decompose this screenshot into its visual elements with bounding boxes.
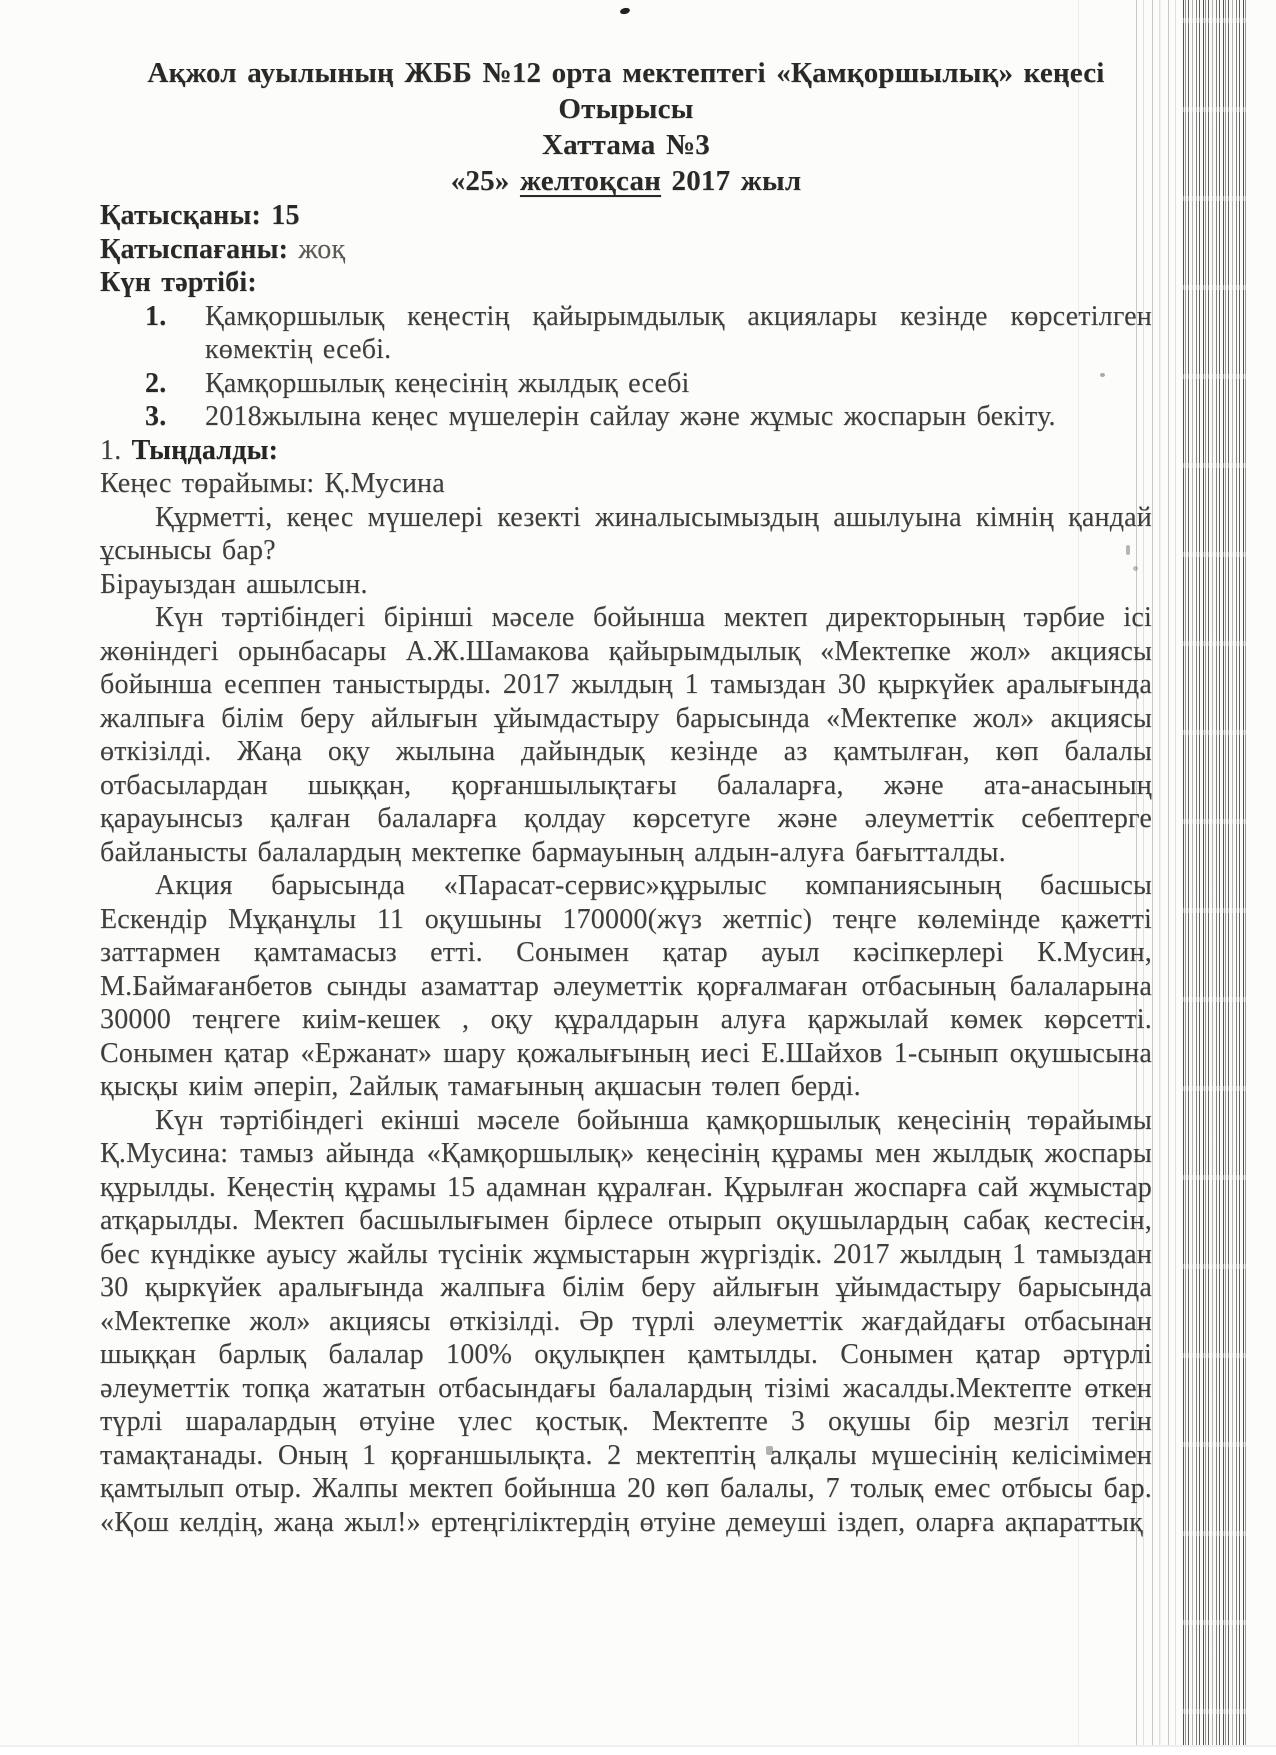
- scan-fold-line: [1160, 0, 1161, 1755]
- ink-dot-artifact: [619, 7, 630, 15]
- agenda-item-text: Қамқоршылық кеңесінің жылдық есебі: [205, 368, 690, 399]
- title-line-session: Отырысы: [100, 91, 1152, 127]
- date-prefix: «25»: [451, 165, 520, 197]
- agenda-item-number: 1.: [145, 300, 166, 334]
- title-line-protocol-number: Хаттама №3: [100, 127, 1152, 163]
- agenda-item: 1.Қамқоршылық кеңестің қайырымдылық акци…: [100, 300, 1152, 367]
- attendance-absent-label: Қатыспағаны:: [100, 234, 288, 265]
- document-body: Ақжол ауылының ЖББ №12 орта мектептегі «…: [100, 55, 1152, 1539]
- heard-number: 1.: [100, 435, 121, 466]
- paragraph-sponsors-report: Акция барысында «Парасат-сервис»құрылыс …: [100, 869, 1152, 1104]
- agenda-item-text: 2018жылына кеңес мүшелерін сайлау және ж…: [205, 401, 1056, 432]
- agenda-heading: Күн тәртібі:: [100, 266, 1152, 300]
- attendance-present-value: 15: [271, 200, 299, 231]
- attendance-absent-value: жоқ: [298, 234, 345, 265]
- paragraph-opening-question: Құрметті, кеңес мүшелері кезекті жиналыс…: [100, 501, 1152, 568]
- date-line: «25» желтоқсан 2017 жыл: [100, 163, 1152, 199]
- paragraph-second-issue-report: Күн тәртібіндегі екінші мәселе бойынша қ…: [100, 1104, 1152, 1540]
- scanned-page: Ақжол ауылының ЖББ №12 орта мектептегі «…: [0, 0, 1276, 1755]
- paragraph-opening-resolution: Бірауыздан ашылсын.: [100, 568, 1152, 602]
- chair-line: Кеңес төрайымы: Қ.Мусина: [100, 467, 1152, 501]
- agenda-list: 1.Қамқоршылық кеңестің қайырымдылық акци…: [100, 300, 1152, 434]
- underlined-month: желтоқсан: [520, 165, 661, 197]
- agenda-item-number: 2.: [145, 367, 166, 401]
- document-title: Ақжол ауылының ЖББ №12 орта мектептегі «…: [100, 55, 1152, 199]
- scan-streak-band-dark: [1183, 0, 1247, 1755]
- attendance-present-label: Қатысқаны:: [100, 200, 261, 231]
- title-line-organization: Ақжол ауылының ЖББ №12 орта мектептегі «…: [100, 55, 1152, 91]
- agenda-item: 2.Қамқоршылық кеңесінің жылдық есебі: [100, 367, 1152, 401]
- attendance-present-line: Қатысқаны: 15: [100, 199, 1152, 233]
- agenda-item-number: 3.: [145, 400, 166, 434]
- paragraph-first-issue-report: Күн тәртібіндегі бірінші мәселе бойынша …: [100, 601, 1152, 869]
- agenda-item: 3.2018жылына кеңес мүшелерін сайлау және…: [100, 400, 1152, 434]
- attendance-absent-line: Қатыспағаны: жоқ: [100, 233, 1152, 267]
- heard-heading: 1. Тыңдалды:: [100, 434, 1152, 468]
- agenda-item-text: Қамқоршылық кеңестің қайырымдылық акциял…: [205, 301, 1152, 366]
- heard-label: Тыңдалды:: [132, 435, 279, 466]
- scan-bottom-edge: [0, 1745, 1276, 1755]
- date-suffix: 2017 жыл: [661, 165, 801, 197]
